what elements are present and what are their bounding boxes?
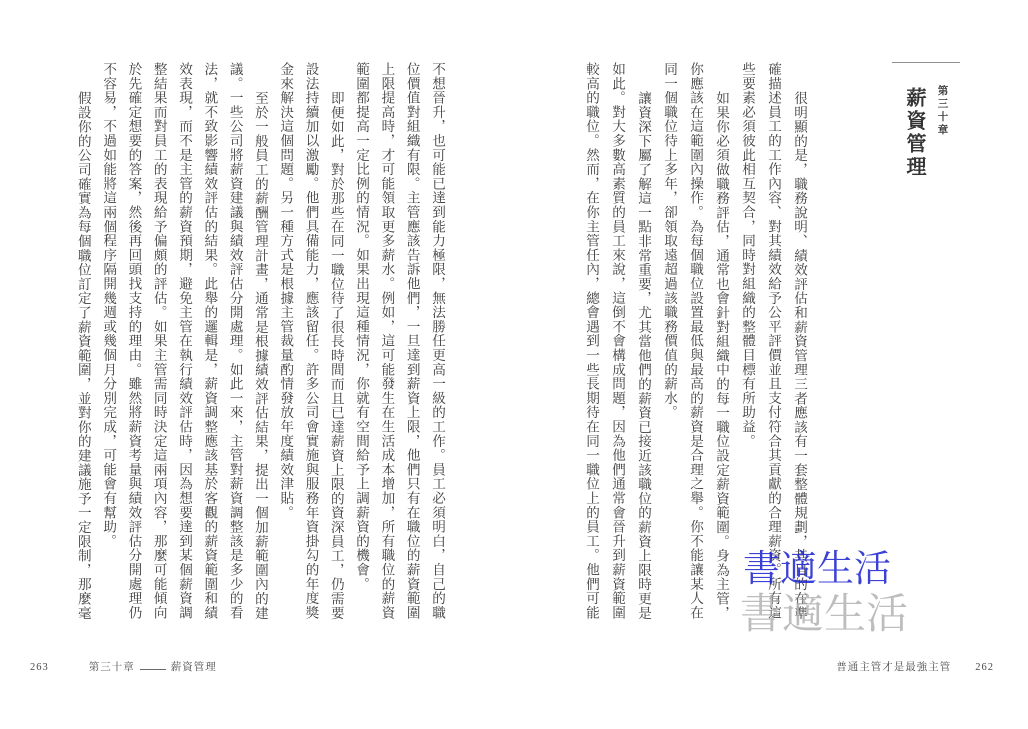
paragraph: 至於一般員工的薪酬管理計畫，通常是根據績效評估結果，提出一個加薪範圍內的建議。一… xyxy=(96,62,273,625)
chapter-number: 第三十章 xyxy=(936,85,947,137)
book-spread: 第三十章 薪資管理 很明顯的是，職務說明、績效評估和薪資管理三者應該有一套整體規… xyxy=(0,0,1028,729)
page-number: 263 xyxy=(30,662,49,673)
paragraph: 很明顯的是，職務說明、績效評估和薪資管理三者應該有一套整體規劃，其目的在準確描述… xyxy=(734,62,812,625)
paragraph: 即便如此，對於那些在同一職位待了很長時間而且已達薪資上限的資深員工，仍需要設法持… xyxy=(273,62,349,625)
running-book-title: 普通主管才是最強主管 xyxy=(836,662,951,673)
page-number: 262 xyxy=(975,662,994,673)
running-chapter-number: 第三十章 xyxy=(89,662,135,673)
paragraph: 如果你必須做職務評估，通常也會針對組織中的每一職位設定薪資範圍。身為主管，你應該… xyxy=(656,62,734,625)
paragraph: 假設你的公司確實為每個職位訂定了薪資範圍，並對你的建議施予一定限制，那麼毫 xyxy=(71,62,96,625)
paragraph: 不想晉升，也可能已達到能力極限，無法勝任更高一級的工作。員工必須明白，自己的職位… xyxy=(349,62,450,625)
body-text-right: 很明顯的是，職務說明、績效評估和薪資管理三者應該有一套整體規劃，其目的在準確描述… xyxy=(578,62,812,625)
page-footer-left: 263第三十章薪資管理 xyxy=(30,659,217,674)
running-chapter-title: 薪資管理 xyxy=(171,662,217,673)
footer-separator-rule xyxy=(140,666,166,670)
body-text-left: 不想晉升，也可能已達到能力極限，無法勝任更高一級的工作。員工必須明白，自己的職位… xyxy=(71,62,450,625)
chapter-heading-rule xyxy=(892,62,960,63)
paragraph: 讓資深下屬了解這一點非常重要，尤其當他們的薪資已接近該職位的薪資上限時更是如此。… xyxy=(578,62,656,625)
chapter-title: 薪資管理 xyxy=(904,87,924,179)
page-footer-right: 普通主管才是最強主管262 xyxy=(836,659,994,674)
